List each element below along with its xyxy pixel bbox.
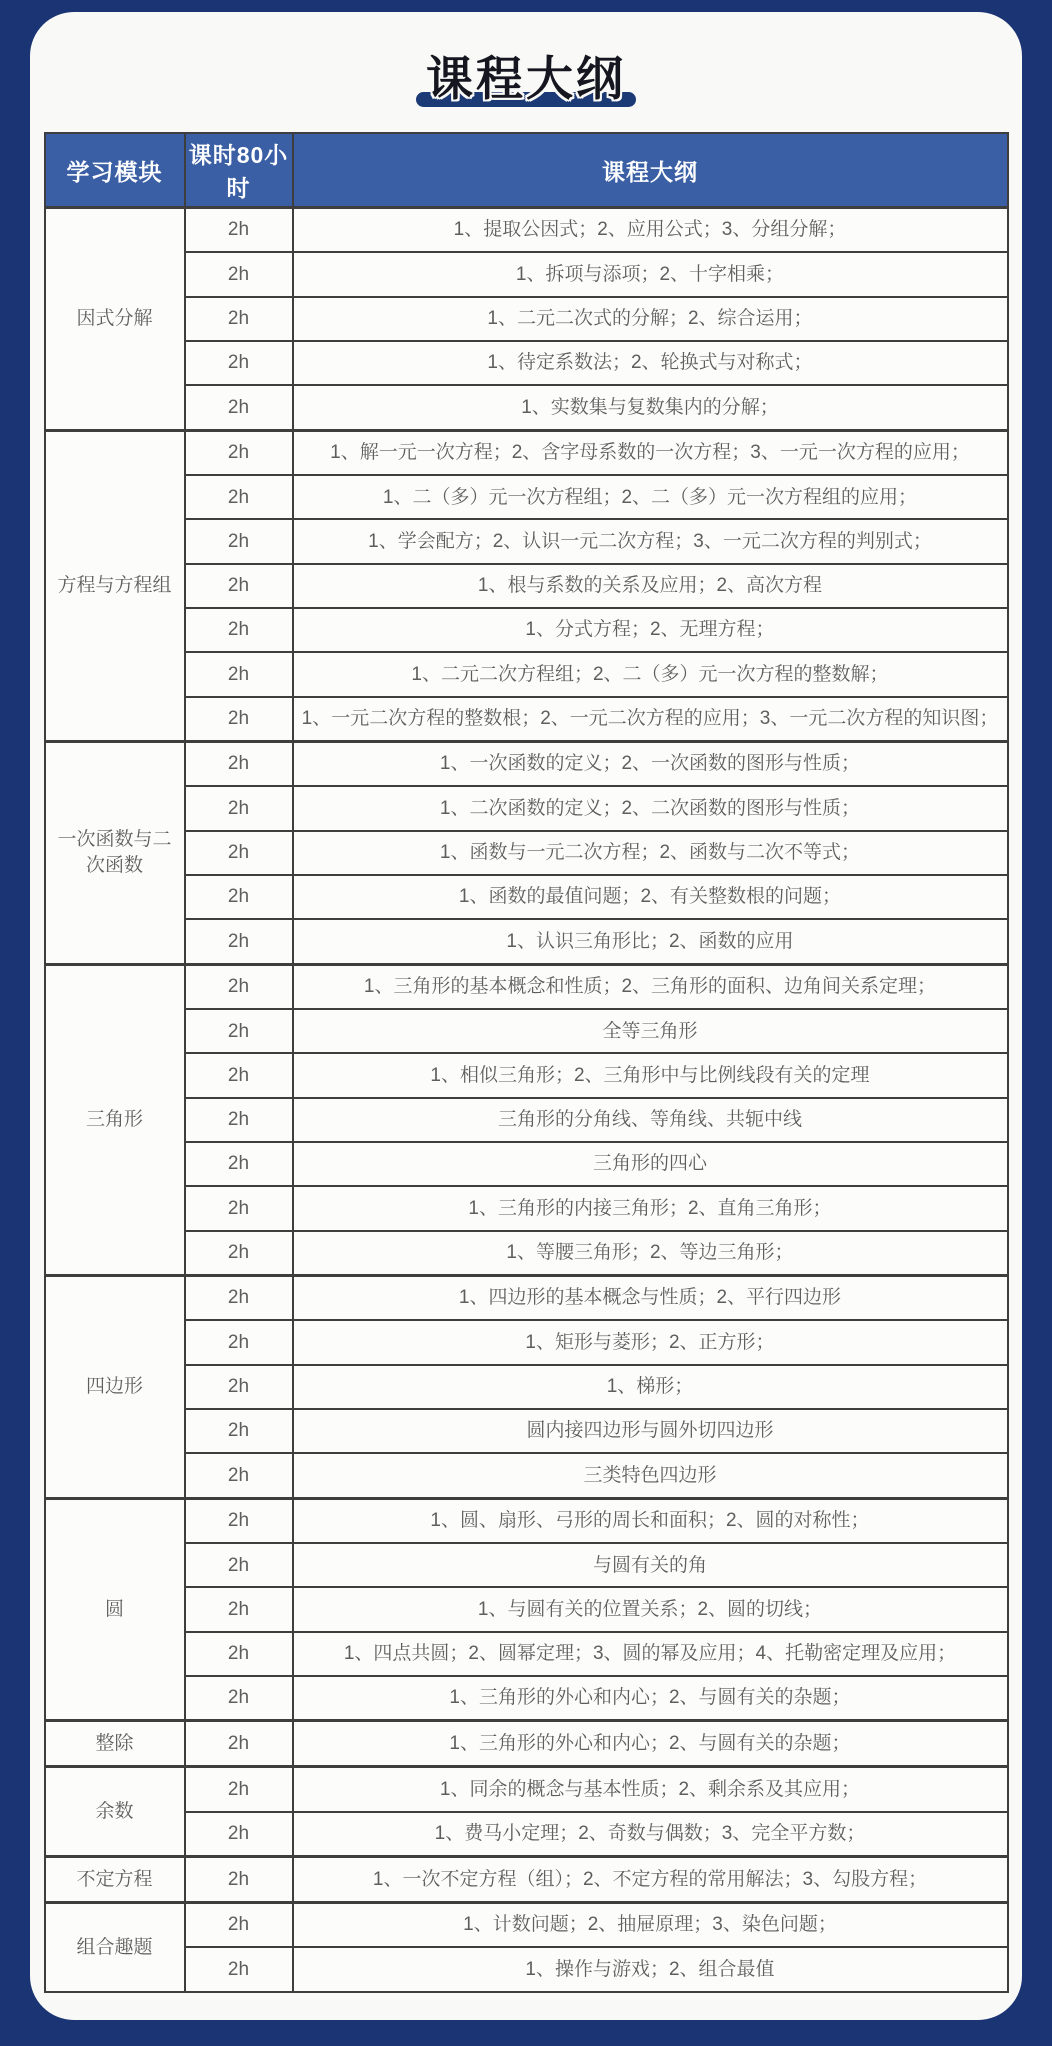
table-row: 一次函数与二次函数2h1、一次函数的定义；2、一次函数的图形与性质；	[45, 742, 1008, 787]
outline-content-cell: 1、解一元一次方程；2、含字母系数的一次方程；3、一元一次方程的应用；	[293, 430, 1008, 475]
hours-cell: 2h	[185, 1767, 293, 1812]
table-row: 2h1、与圆有关的位置关系；2、圆的切线；	[45, 1587, 1008, 1631]
table-row: 2h1、相似三角形；2、三角形中与比例线段有关的定理	[45, 1053, 1008, 1097]
outline-content-cell: 1、操作与游戏；2、组合最值	[293, 1947, 1008, 1992]
hours-cell: 2h	[185, 430, 293, 475]
header-class-hours: 课时80小时	[185, 133, 293, 208]
hours-cell: 2h	[185, 1365, 293, 1409]
table-row: 整除2h1、三角形的外心和内心；2、与圆有关的杂题；	[45, 1721, 1008, 1767]
outline-content-cell: 1、等腰三角形；2、等边三角形；	[293, 1231, 1008, 1276]
table-row: 2h1、操作与游戏；2、组合最值	[45, 1947, 1008, 1992]
module-name-cell: 四边形	[45, 1276, 185, 1499]
hours-cell: 2h	[185, 652, 293, 696]
outline-content-cell: 1、计数问题；2、抽屉原理；3、染色问题；	[293, 1902, 1008, 1947]
outline-content-cell: 1、函数的最值问题；2、有关整数根的问题；	[293, 875, 1008, 919]
table-row: 四边形2h1、四边形的基本概念与性质；2、平行四边形	[45, 1276, 1008, 1321]
outline-content-cell: 1、二（多）元一次方程组；2、二（多）元一次方程组的应用；	[293, 475, 1008, 519]
outline-content-cell: 1、根与系数的关系及应用；2、高次方程	[293, 564, 1008, 608]
table-row: 2h1、认识三角形比；2、函数的应用	[45, 919, 1008, 964]
page-title-text: 课程大纲	[426, 52, 626, 105]
hours-cell: 2h	[185, 475, 293, 519]
module-name-cell: 组合趣题	[45, 1902, 185, 1992]
table-header-row: 学习模块 课时80小时 课程大纲	[45, 133, 1008, 208]
outline-content-cell: 1、一元二次方程的整数根；2、一元二次方程的应用；3、一元二次方程的知识图；	[293, 697, 1008, 742]
outline-content-cell: 1、拆项与添项；2、十字相乘；	[293, 252, 1008, 296]
hours-cell: 2h	[185, 742, 293, 787]
table-row: 余数2h1、同余的概念与基本性质；2、剩余系及其应用；	[45, 1767, 1008, 1812]
table-row: 2h三角形的四心	[45, 1142, 1008, 1186]
outline-table-body: 因式分解2h1、提取公因式；2、应用公式；3、分组分解；2h1、拆项与添项；2、…	[45, 208, 1008, 1993]
outline-content-cell: 1、实数集与复数集内的分解；	[293, 385, 1008, 430]
hours-cell: 2h	[185, 875, 293, 919]
outline-content-cell: 全等三角形	[293, 1009, 1008, 1053]
hours-cell: 2h	[185, 297, 293, 341]
outline-content-cell: 1、圆、扇形、弓形的周长和面积；2、圆的对称性；	[293, 1498, 1008, 1543]
hours-cell: 2h	[185, 1812, 293, 1857]
hours-cell: 2h	[185, 1721, 293, 1767]
table-row: 2h1、二元二次方程组；2、二（多）元一次方程的整数解；	[45, 652, 1008, 696]
outline-content-cell: 三角形的四心	[293, 1142, 1008, 1186]
table-row: 2h1、三角形的内接三角形；2、直角三角形；	[45, 1186, 1008, 1230]
hours-cell: 2h	[185, 1320, 293, 1364]
outline-content-cell: 1、四点共圆；2、圆幂定理；3、圆的幂及应用；4、托勒密定理及应用；	[293, 1632, 1008, 1676]
outline-content-cell: 1、矩形与菱形；2、正方形；	[293, 1320, 1008, 1364]
outline-content-cell: 1、二元二次式的分解；2、综合运用；	[293, 297, 1008, 341]
module-name-cell: 方程与方程组	[45, 430, 185, 741]
outline-content-cell: 三角形的分角线、等角线、共轭中线	[293, 1098, 1008, 1142]
title-row: 课程大纲	[30, 12, 1022, 122]
hours-cell: 2h	[185, 964, 293, 1009]
outline-content-cell: 1、相似三角形；2、三角形中与比例线段有关的定理	[293, 1053, 1008, 1097]
hours-cell: 2h	[185, 1142, 293, 1186]
hours-cell: 2h	[185, 1587, 293, 1631]
table-row: 2h1、梯形；	[45, 1365, 1008, 1409]
hours-cell: 2h	[185, 608, 293, 652]
hours-cell: 2h	[185, 564, 293, 608]
table-row: 2h1、函数与一元二次方程；2、函数与二次不等式；	[45, 831, 1008, 875]
table-row: 2h全等三角形	[45, 1009, 1008, 1053]
hours-cell: 2h	[185, 1947, 293, 1992]
header-learning-module: 学习模块	[45, 133, 185, 208]
outline-content-cell: 三类特色四边形	[293, 1453, 1008, 1498]
table-row: 2h圆内接四边形与圆外切四边形	[45, 1409, 1008, 1453]
table-row: 2h1、费马小定理；2、奇数与偶数；3、完全平方数；	[45, 1812, 1008, 1857]
outline-content-cell: 1、函数与一元二次方程；2、函数与二次不等式；	[293, 831, 1008, 875]
table-row: 2h1、等腰三角形；2、等边三角形；	[45, 1231, 1008, 1276]
hours-cell: 2h	[185, 208, 293, 253]
table-row: 2h1、根与系数的关系及应用；2、高次方程	[45, 564, 1008, 608]
module-name-cell: 因式分解	[45, 208, 185, 431]
module-name-cell: 整除	[45, 1721, 185, 1767]
table-row: 2h1、学会配方；2、认识一元二次方程；3、一元二次方程的判别式；	[45, 519, 1008, 563]
hours-cell: 2h	[185, 919, 293, 964]
hours-cell: 2h	[185, 1498, 293, 1543]
outline-content-cell: 1、二次函数的定义；2、二次函数的图形与性质；	[293, 786, 1008, 830]
hours-cell: 2h	[185, 1009, 293, 1053]
outline-content-cell: 1、一次函数的定义；2、一次函数的图形与性质；	[293, 742, 1008, 787]
outline-content-cell: 1、认识三角形比；2、函数的应用	[293, 919, 1008, 964]
table-row: 2h三类特色四边形	[45, 1453, 1008, 1498]
table-row: 圆2h1、圆、扇形、弓形的周长和面积；2、圆的对称性；	[45, 1498, 1008, 1543]
hours-cell: 2h	[185, 786, 293, 830]
module-name-cell: 三角形	[45, 964, 185, 1275]
hours-cell: 2h	[185, 1053, 293, 1097]
outline-content-cell: 1、三角形的外心和内心；2、与圆有关的杂题；	[293, 1676, 1008, 1721]
table-row: 2h1、分式方程；2、无理方程；	[45, 608, 1008, 652]
outline-content-cell: 1、分式方程；2、无理方程；	[293, 608, 1008, 652]
table-row: 2h1、三角形的外心和内心；2、与圆有关的杂题；	[45, 1676, 1008, 1721]
outline-content-cell: 1、提取公因式；2、应用公式；3、分组分解；	[293, 208, 1008, 253]
hours-cell: 2h	[185, 831, 293, 875]
hours-cell: 2h	[185, 1676, 293, 1721]
outline-content-cell: 1、待定系数法；2、轮换式与对称式；	[293, 341, 1008, 385]
table-row: 2h三角形的分角线、等角线、共轭中线	[45, 1098, 1008, 1142]
header-course-outline: 课程大纲	[293, 133, 1008, 208]
table-row: 三角形2h1、三角形的基本概念和性质；2、三角形的面积、边角间关系定理；	[45, 964, 1008, 1009]
table-row: 方程与方程组2h1、解一元一次方程；2、含字母系数的一次方程；3、一元一次方程的…	[45, 430, 1008, 475]
table-row: 因式分解2h1、提取公因式；2、应用公式；3、分组分解；	[45, 208, 1008, 253]
hours-cell: 2h	[185, 1632, 293, 1676]
hours-cell: 2h	[185, 385, 293, 430]
table-row: 2h与圆有关的角	[45, 1543, 1008, 1587]
outline-content-cell: 1、三角形的外心和内心；2、与圆有关的杂题；	[293, 1721, 1008, 1767]
module-name-cell: 余数	[45, 1767, 185, 1857]
table-row: 2h1、四点共圆；2、圆幂定理；3、圆的幂及应用；4、托勒密定理及应用；	[45, 1632, 1008, 1676]
table-row: 不定方程2h1、一次不定方程（组）；2、不定方程的常用解法；3、勾股方程；	[45, 1857, 1008, 1903]
page-title: 课程大纲	[426, 42, 626, 109]
outline-content-cell: 1、费马小定理；2、奇数与偶数；3、完全平方数；	[293, 1812, 1008, 1857]
table-row: 2h1、二次函数的定义；2、二次函数的图形与性质；	[45, 786, 1008, 830]
table-row: 2h1、二（多）元一次方程组；2、二（多）元一次方程组的应用；	[45, 475, 1008, 519]
content-card: 课程大纲 学习模块 课时80小时 课程大纲 因式分解2h1、提取公因式；2、应用…	[30, 12, 1022, 2020]
module-name-cell: 不定方程	[45, 1857, 185, 1903]
hours-cell: 2h	[185, 252, 293, 296]
outline-content-cell: 1、一次不定方程（组）；2、不定方程的常用解法；3、勾股方程；	[293, 1857, 1008, 1903]
outline-content-cell: 1、二元二次方程组；2、二（多）元一次方程的整数解；	[293, 652, 1008, 696]
table-row: 2h1、拆项与添项；2、十字相乘；	[45, 252, 1008, 296]
outline-content-cell: 1、三角形的基本概念和性质；2、三角形的面积、边角间关系定理；	[293, 964, 1008, 1009]
outline-content-cell: 1、同余的概念与基本性质；2、剩余系及其应用；	[293, 1767, 1008, 1812]
hours-cell: 2h	[185, 341, 293, 385]
hours-cell: 2h	[185, 1098, 293, 1142]
hours-cell: 2h	[185, 1409, 293, 1453]
table-row: 组合趣题2h1、计数问题；2、抽屉原理；3、染色问题；	[45, 1902, 1008, 1947]
module-name-cell: 一次函数与二次函数	[45, 742, 185, 965]
outline-content-cell: 1、三角形的内接三角形；2、直角三角形；	[293, 1186, 1008, 1230]
hours-cell: 2h	[185, 1231, 293, 1276]
hours-cell: 2h	[185, 1857, 293, 1903]
outline-content-cell: 1、学会配方；2、认识一元二次方程；3、一元二次方程的判别式；	[293, 519, 1008, 563]
outline-content-cell: 1、与圆有关的位置关系；2、圆的切线；	[293, 1587, 1008, 1631]
table-row: 2h1、函数的最值问题；2、有关整数根的问题；	[45, 875, 1008, 919]
course-outline-table: 学习模块 课时80小时 课程大纲 因式分解2h1、提取公因式；2、应用公式；3、…	[44, 132, 1009, 1993]
table-row: 2h1、矩形与菱形；2、正方形；	[45, 1320, 1008, 1364]
hours-cell: 2h	[185, 1276, 293, 1321]
outline-content-cell: 1、梯形；	[293, 1365, 1008, 1409]
outline-content-cell: 1、四边形的基本概念与性质；2、平行四边形	[293, 1276, 1008, 1321]
hours-cell: 2h	[185, 519, 293, 563]
module-name-cell: 圆	[45, 1498, 185, 1721]
outline-content-cell: 圆内接四边形与圆外切四边形	[293, 1409, 1008, 1453]
hours-cell: 2h	[185, 1453, 293, 1498]
table-row: 2h1、二元二次式的分解；2、综合运用；	[45, 297, 1008, 341]
hours-cell: 2h	[185, 1186, 293, 1230]
outline-content-cell: 与圆有关的角	[293, 1543, 1008, 1587]
hours-cell: 2h	[185, 1543, 293, 1587]
table-row: 2h1、一元二次方程的整数根；2、一元二次方程的应用；3、一元二次方程的知识图；	[45, 697, 1008, 742]
hours-cell: 2h	[185, 1902, 293, 1947]
table-row: 2h1、待定系数法；2、轮换式与对称式；	[45, 341, 1008, 385]
hours-cell: 2h	[185, 697, 293, 742]
table-row: 2h1、实数集与复数集内的分解；	[45, 385, 1008, 430]
